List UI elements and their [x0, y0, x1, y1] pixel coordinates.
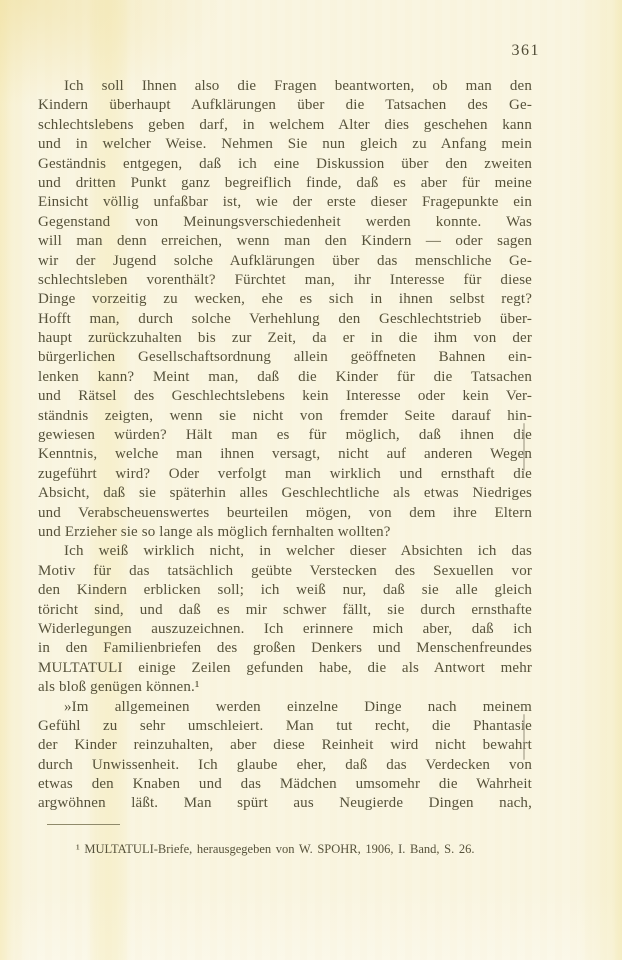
- text-line: Widerlegungen auszuzeichnen. Ich erinner…: [38, 620, 532, 639]
- footnote-text: ¹ MULTATULI-Briefe, herausgegeben von W.…: [38, 841, 532, 857]
- scanned-book-page: 361 Ich soll Ihnen also die Fragen beant…: [0, 0, 622, 960]
- text-line: will man denn erreichen, wenn man den Ki…: [38, 232, 532, 251]
- text-line: und in welcher Weise. Nehmen Sie nun gle…: [38, 135, 532, 154]
- text-line: Ich weiß wirklich nicht, in welcher dies…: [38, 542, 532, 561]
- text-line: bürgerlichen Gesellschaftsordnung allein…: [38, 348, 532, 367]
- text-line: töricht sind, und daß es mir schwer fäll…: [38, 601, 532, 620]
- text-line: Gefühl zu sehr umschleiert. Man tut rech…: [38, 717, 532, 736]
- text-line: MULTATULI einige Zeilen gefunden habe, d…: [38, 659, 532, 678]
- text-line: haupt zurückzuhalten bis zur Zeit, da er…: [38, 329, 532, 348]
- text-line: gewiesen würden? Hält man es für möglich…: [38, 426, 532, 445]
- text-line: schlechtsleben vorenthält? Fürchtet man,…: [38, 271, 532, 290]
- paragraph-quote: »Im allgemeinen werden einzelne Dinge na…: [38, 698, 532, 814]
- text-line: der Kinder reinzuhalten, aber diese Rein…: [38, 736, 532, 755]
- text-line: Kenntnis, welche man ihnen versagt, nich…: [38, 445, 532, 464]
- text-line: Absicht, daß sie späterhin alles Geschle…: [38, 484, 532, 503]
- text-line: etwas den Knaben und das Mädchen umsomeh…: [38, 775, 532, 794]
- text-line: schlechtslebens geben darf, in welchem A…: [38, 116, 532, 135]
- text-line: und Erzieher sie so lange als möglich fe…: [38, 523, 532, 542]
- footnote-rule: [47, 824, 120, 825]
- text-line: Geständnis entgegen, daß ich eine Diskus…: [38, 155, 532, 174]
- text-line: Motiv für das tatsächlich geübte Verstec…: [38, 562, 532, 581]
- text-line: Ich soll Ihnen also die Fragen beantwort…: [38, 77, 532, 96]
- text-line: und dritten Punkt ganz begreiflich finde…: [38, 174, 532, 193]
- text-line: wir der Jugend solche Aufklärungen über …: [38, 252, 532, 271]
- text-line: lenken kann? Meint man, daß die Kinder f…: [38, 368, 532, 387]
- text-line: und Verabscheuenswertes beurteilen mögen…: [38, 504, 532, 523]
- text-line: zugeführt wird? Oder verfolgt man wirkli…: [38, 465, 532, 484]
- text-block: Ich soll Ihnen also die Fragen beantwort…: [38, 77, 532, 814]
- text-line: als bloß genügen können.¹: [38, 678, 532, 697]
- text-line: argwöhnen läßt. Man spürt aus Neugierde …: [38, 794, 532, 813]
- text-line: Kindern überhaupt Aufklärungen über die …: [38, 96, 532, 115]
- margin-pencil-mark: [523, 714, 525, 760]
- text-line: Einsicht völlig unfaßbar ist, wie der er…: [38, 193, 532, 212]
- margin-pencil-mark: [523, 423, 525, 471]
- paragraph: Ich soll Ihnen also die Fragen beantwort…: [38, 77, 532, 542]
- text-line: Hofft man, durch solche Verhehlung den G…: [38, 310, 532, 329]
- paragraph: Ich weiß wirklich nicht, in welcher dies…: [38, 542, 532, 697]
- text-line: ständnis zeigten, wenn sie nicht von fre…: [38, 407, 532, 426]
- text-line: und Rätsel des Geschlechtslebens kein In…: [38, 387, 532, 406]
- page-number: 361: [512, 42, 541, 60]
- text-line: den Kindern erblicken soll; ich weiß nur…: [38, 581, 532, 600]
- text-line: in den Familienbriefen des großen Denker…: [38, 639, 532, 658]
- text-line: durch Unwissenheit. Ich glaube eher, daß…: [38, 756, 532, 775]
- text-line: »Im allgemeinen werden einzelne Dinge na…: [38, 698, 532, 717]
- text-line: Dinge vorzeitig zu wecken, ehe es sich i…: [38, 290, 532, 309]
- text-line: Gegenstand von Meinungsverschiedenheit w…: [38, 213, 532, 232]
